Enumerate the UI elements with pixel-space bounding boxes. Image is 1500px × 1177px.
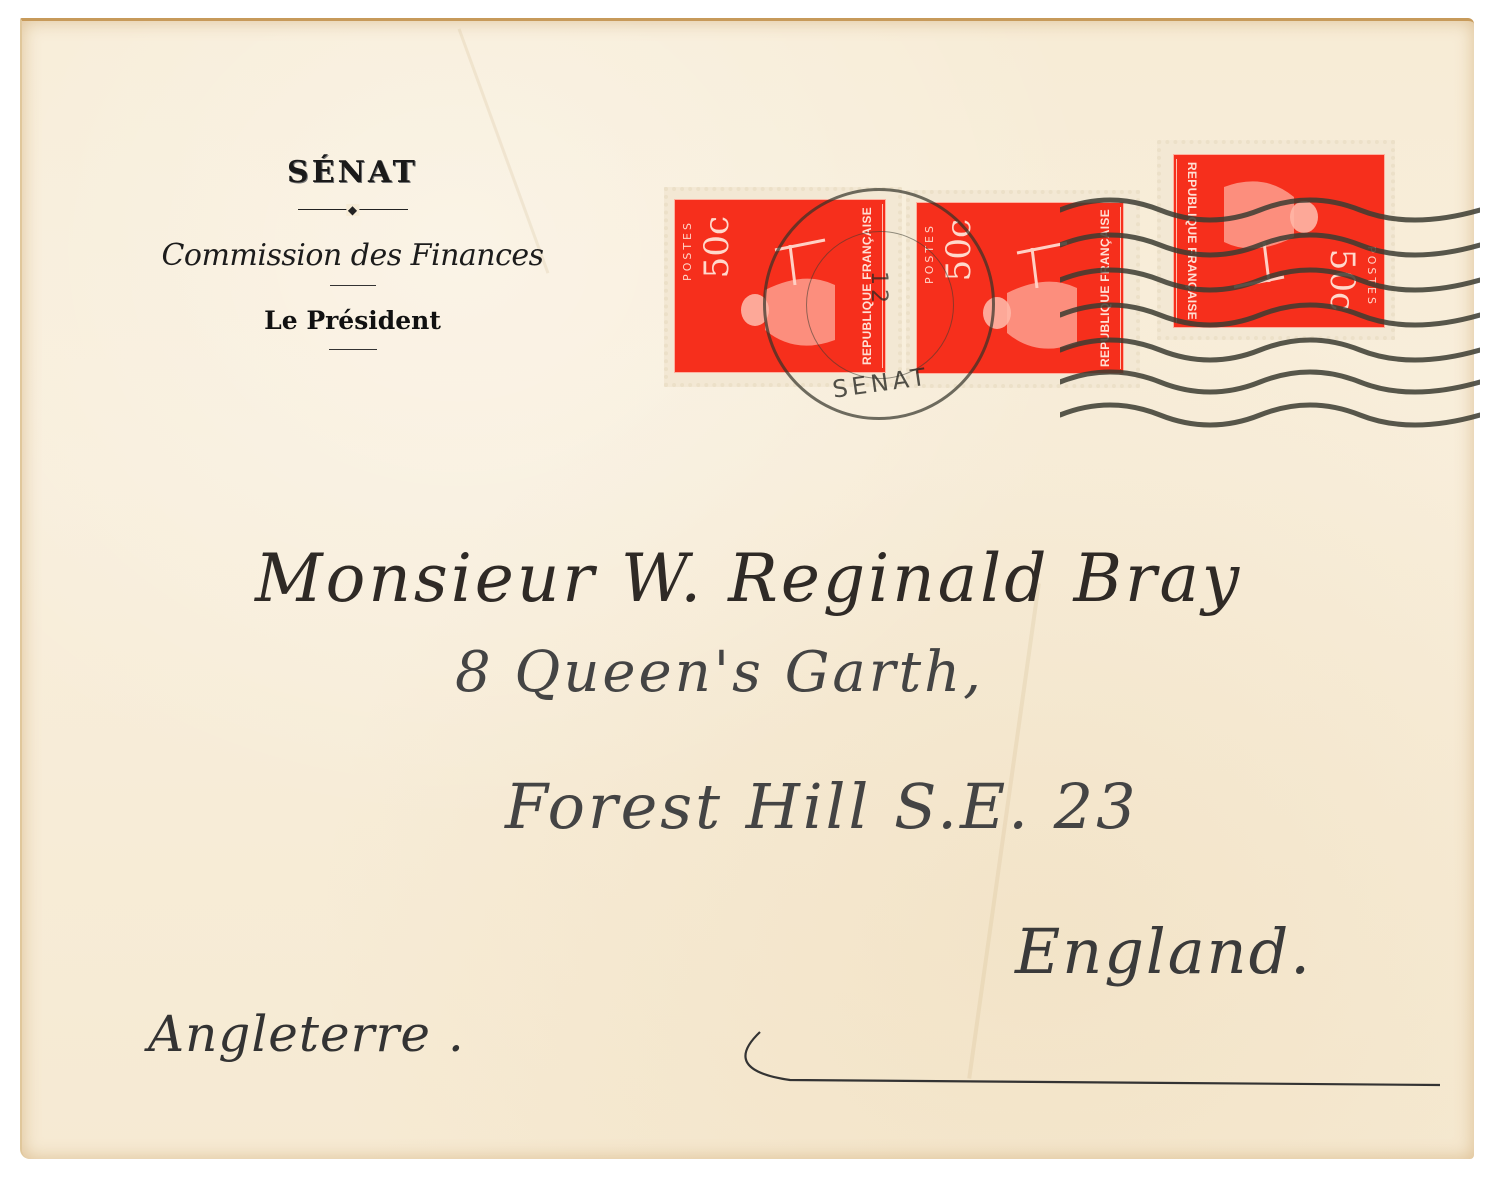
postmark-date: 12	[866, 271, 891, 307]
stamp-label: POSTES	[681, 220, 694, 281]
divider	[330, 285, 376, 286]
divider	[329, 349, 377, 350]
stamp-value: 50c	[697, 216, 737, 278]
postmark: 12 SENAT	[763, 188, 995, 420]
address-line-country: England.	[1015, 915, 1312, 988]
diamond-icon: ◆	[346, 204, 359, 216]
letterhead-institution: SÉNAT	[130, 155, 575, 190]
letterhead-title: Le Président	[130, 306, 575, 335]
ornament-divider: ◆	[298, 204, 408, 216]
address-line-recipient: Monsieur W. Reginald Bray	[255, 540, 1242, 617]
country-note: Angleterre .	[148, 1005, 465, 1063]
address-line-street: 8 Queen's Garth,	[455, 640, 984, 705]
letterhead-department: Commission des Finances	[130, 238, 575, 273]
underline-flourish-icon	[730, 1030, 1450, 1090]
wavy-cancellation-icon	[1060, 170, 1480, 430]
letterhead: SÉNAT ◆ Commission des Finances Le Prési…	[130, 155, 575, 350]
address-line-district: Forest Hill S.E. 23	[505, 770, 1139, 843]
